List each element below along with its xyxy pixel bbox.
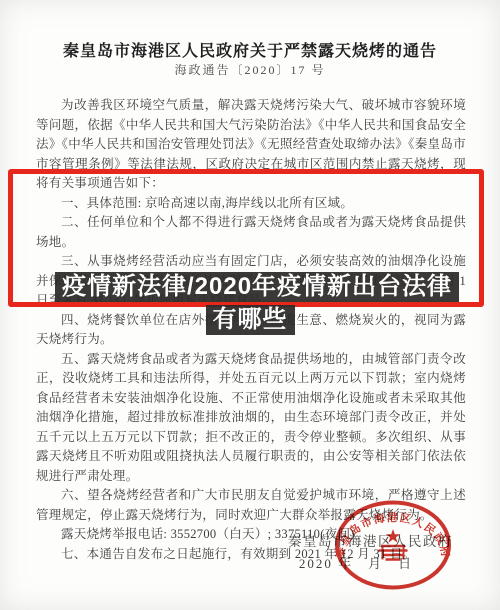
emblem-columns xyxy=(383,546,404,560)
headline-line-2: 有哪些 xyxy=(206,305,295,335)
headline-overlay: 疫情新法律/2020年疫情新出台法律 有哪些 xyxy=(55,272,445,338)
page-title: 秦皇岛市海港区人民政府关于严禁露天烧烤的通告 xyxy=(0,38,500,61)
item-5: 五、露天烧烤食品或者为露天烧烤食品提供场地的，由城管部门责令改正，没收烧烤工具和… xyxy=(36,350,466,487)
item-1: 一、具体范围: 京哈高速以南,海岸线以北所有区域。 xyxy=(36,194,466,214)
headline-line-1-wrap: 疫情新法律/2020年疫情新出台法律 xyxy=(55,272,445,305)
government-seal: 秦皇岛市海港区人民政府 xyxy=(332,500,454,590)
intro-paragraph: 为改善我区环境空气质量，解决露天烧烤污染大气、破坏城市容貌环境等问题，依据《中华… xyxy=(36,96,466,194)
emblem-star xyxy=(386,529,400,543)
headline-line-1: 疫情新法律/2020年疫情新出台法律 xyxy=(55,272,459,302)
national-emblem-icon xyxy=(379,529,408,560)
document-number: 海政通告〔2020〕17 号 xyxy=(0,61,500,78)
document-page: 秦皇岛市海港区人民政府关于严禁露天烧烤的通告 海政通告〔2020〕17 号 为改… xyxy=(0,0,500,610)
headline-line-2-wrap: 有哪些 xyxy=(55,305,445,338)
item-2: 二、任何单位和个人都不得进行露天烧烤食品或者为露天烧烤食品提供场地。 xyxy=(36,213,466,252)
